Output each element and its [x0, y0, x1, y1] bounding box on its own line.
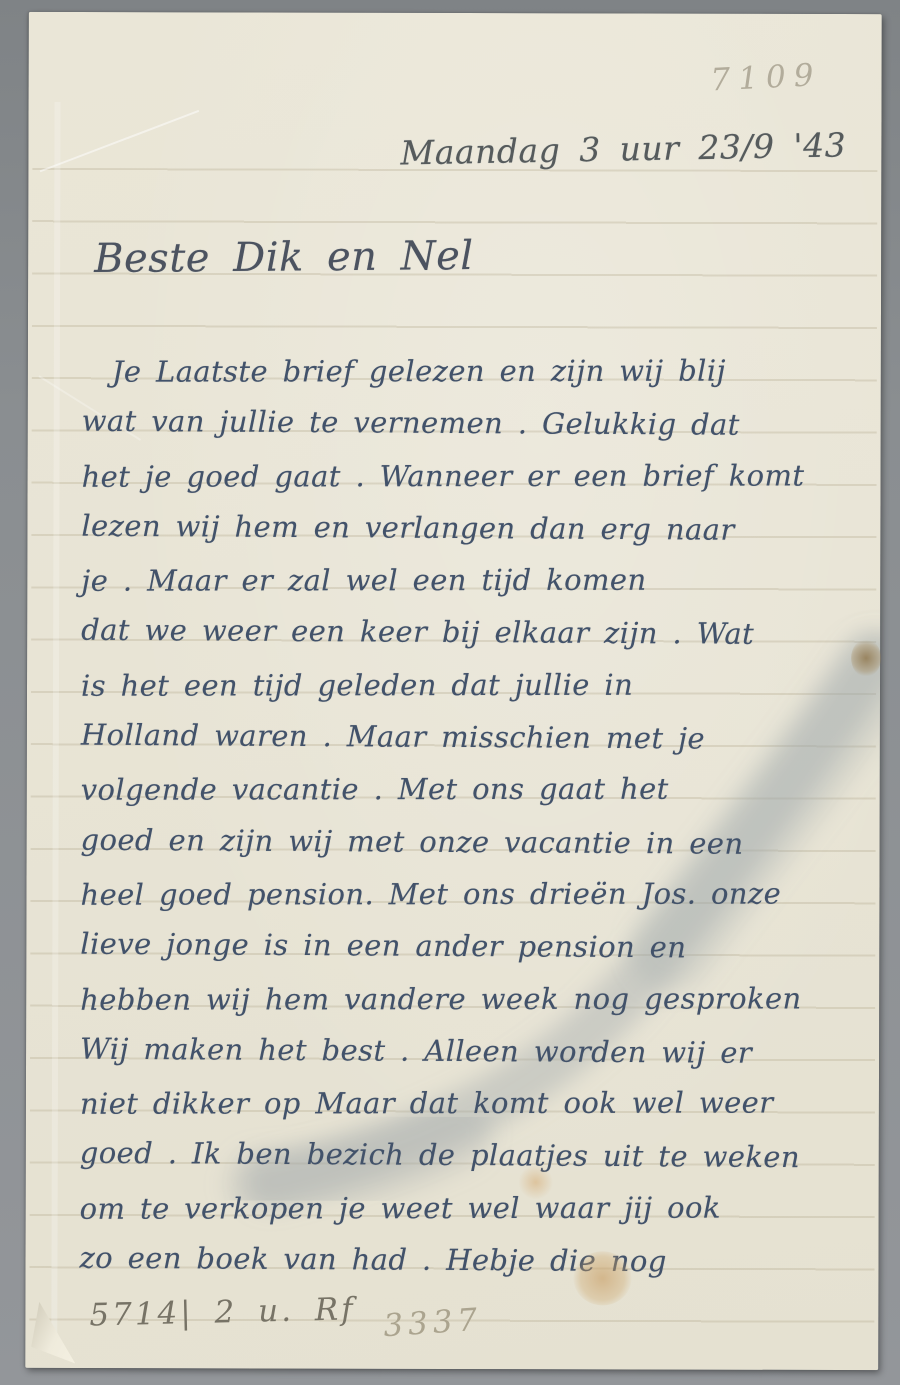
inventory-number-bottom-left: 5714| 2 u. Rf: [89, 1291, 356, 1333]
body-line: volgende vacantie . Met ons gaat het: [81, 763, 861, 817]
date-line: Maandag 3 uur 23/9 '43: [400, 125, 846, 172]
body-line: Je Laatste brief gelezen en zijn wij bli…: [82, 344, 862, 398]
body-line: lezen wij hem en verlangen dan erg naar: [81, 500, 861, 557]
paper-crease-top-left: [40, 110, 200, 172]
body-line: het je goed gaat . Wanneer er een brief …: [82, 449, 862, 503]
body-line: goed en zijn wij met onze vacantie in ee…: [80, 813, 860, 870]
salutation: Beste Dik en Nel: [94, 233, 474, 282]
body-line: Holland waren . Maar misschien met je: [81, 709, 861, 766]
letter-paper: 7109 Maandag 3 uur 23/9 '43 Beste Dik en…: [25, 12, 882, 1370]
letter-body: Je Laatste brief gelezen en zijn wij bli…: [79, 344, 861, 1287]
body-line: hebben wij hem vandere week nog gesproke…: [80, 972, 860, 1026]
paper-edge-highlight: [51, 102, 60, 1342]
archive-number-bottom-center: 3337: [382, 1302, 483, 1345]
body-line: heel goed pension. Met ons drieën Jos. o…: [80, 867, 860, 921]
scan-background: { "document": { "kind": "handwritten-let…: [0, 0, 900, 1385]
body-line: goed . Ik ben bezich de plaatjes uit te …: [80, 1127, 860, 1184]
paper-fold-bottom-left: [31, 1302, 75, 1366]
body-line: om te verkopen je weet wel waar jij ook: [80, 1181, 860, 1235]
archive-number-top-right: 7109: [710, 57, 823, 98]
body-line: je . Maar er zal wel een tijd komen: [81, 554, 861, 608]
body-line: is het een tijd geleden dat jullie in: [81, 658, 861, 712]
body-line: lieve jonge is in een ander pension en: [80, 918, 860, 975]
body-line: zo een boek van had . Hebje die nog: [79, 1232, 859, 1289]
body-line: Wij maken het best . Alleen worden wij e…: [80, 1023, 860, 1080]
body-line: dat we weer een keer bij elkaar zijn . W…: [81, 604, 861, 661]
body-line: wat van jullie te vernemen . Gelukkig da…: [82, 395, 862, 452]
body-line: niet dikker op Maar dat komt ook wel wee…: [80, 1077, 860, 1131]
